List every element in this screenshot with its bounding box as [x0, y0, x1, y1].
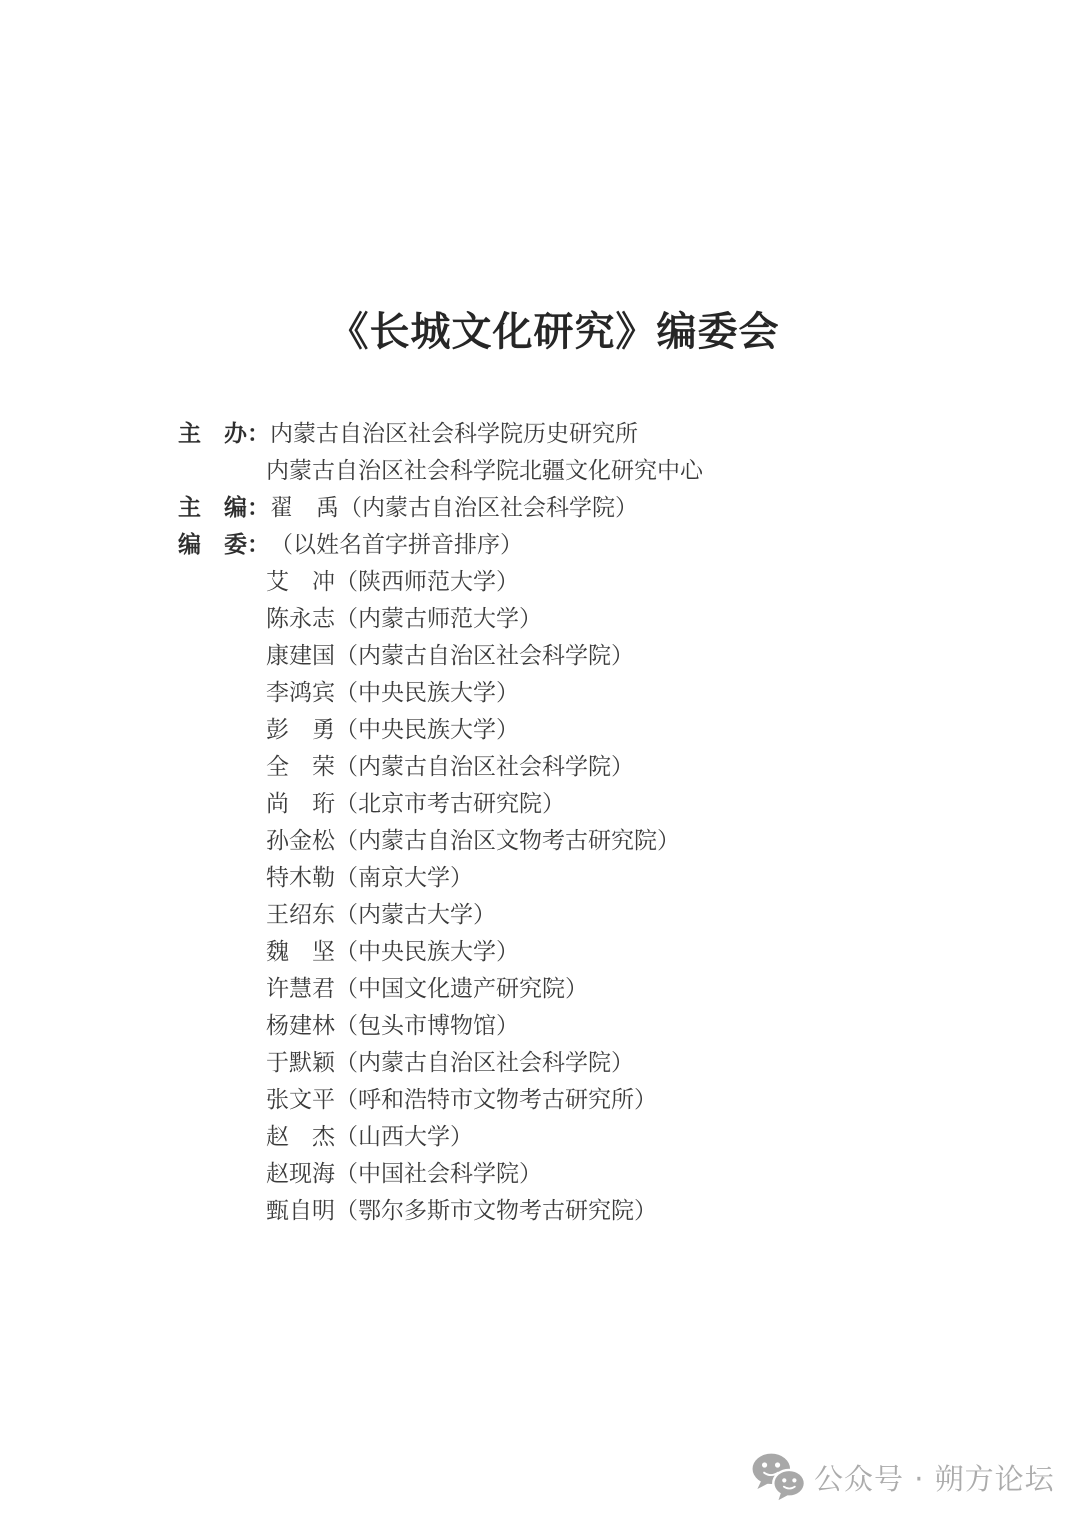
page-title: 《长城文化研究》编委会 — [0, 300, 1080, 357]
committee-member: 杨建林（包头市博物馆） — [266, 1008, 898, 1045]
committee-member: 艾 冲（陕西师范大学） — [266, 564, 898, 601]
committee-member: 甄自明（鄂尔多斯市文物考古研究院） — [266, 1193, 898, 1230]
committee-member: 彭 勇（中央民族大学） — [266, 712, 898, 749]
wechat-icon — [751, 1452, 807, 1502]
committee-member: 尚 珩（北京市考古研究院） — [266, 786, 898, 823]
committee-member: 王绍东（内蒙古大学） — [266, 897, 898, 934]
chief-editor-label: 主 编： — [178, 490, 270, 527]
organizer-line-1: 内蒙古自治区社会科学院历史研究所 — [270, 416, 898, 453]
editorial-board-member-list: 艾 冲（陕西师范大学）陈永志（内蒙古师范大学）康建国（内蒙古自治区社会科学院）李… — [178, 564, 898, 1230]
committee-member: 于默颖（内蒙古自治区社会科学院） — [266, 1045, 898, 1082]
committee-member: 魏 坚（中央民族大学） — [266, 934, 898, 971]
committee-member: 特木勒（南京大学） — [266, 860, 898, 897]
committee-member: 孙金松（内蒙古自治区文物考古研究院） — [266, 823, 898, 860]
editorial-board-sort-note: （以姓名首字拼音排序） — [270, 527, 898, 564]
organizer-label: 主 办： — [178, 416, 270, 453]
committee-member: 赵现海（中国社会科学院） — [266, 1156, 898, 1193]
committee-member: 张文平（呼和浩特市文物考古研究所） — [266, 1082, 898, 1119]
committee-member: 许慧君（中国文化遗产研究院） — [266, 971, 898, 1008]
committee-info-block: 主 办： 内蒙古自治区社会科学院历史研究所 内蒙古自治区社会科学院北疆文化研究中… — [178, 416, 898, 1230]
editorial-board-label: 编 委： — [178, 527, 270, 564]
chief-editor-value: 翟 禹（内蒙古自治区社会科学院） — [270, 490, 898, 527]
editorial-board-row: 编 委： （以姓名首字拼音排序） — [178, 527, 898, 564]
committee-member: 康建国（内蒙古自治区社会科学院） — [266, 638, 898, 675]
chief-editor-row: 主 编： 翟 禹（内蒙古自治区社会科学院） — [178, 490, 898, 527]
committee-member: 全 荣（内蒙古自治区社会科学院） — [266, 749, 898, 786]
scanned-book-page: 《长城文化研究》编委会 主 办： 内蒙古自治区社会科学院历史研究所 内蒙古自治区… — [0, 0, 1080, 1517]
committee-member: 陈永志（内蒙古师范大学） — [266, 601, 898, 638]
committee-member: 李鸿宾（中央民族大学） — [266, 675, 898, 712]
organizer-row: 主 办： 内蒙古自治区社会科学院历史研究所 — [178, 416, 898, 453]
organizer-line-2: 内蒙古自治区社会科学院北疆文化研究中心 — [266, 453, 898, 490]
committee-member: 赵 杰（山西大学） — [266, 1119, 898, 1156]
watermark-text: 公众号 · 朔方论坛 — [814, 1457, 1055, 1498]
wechat-watermark: 公众号 · 朔方论坛 — [751, 1451, 1055, 1503]
